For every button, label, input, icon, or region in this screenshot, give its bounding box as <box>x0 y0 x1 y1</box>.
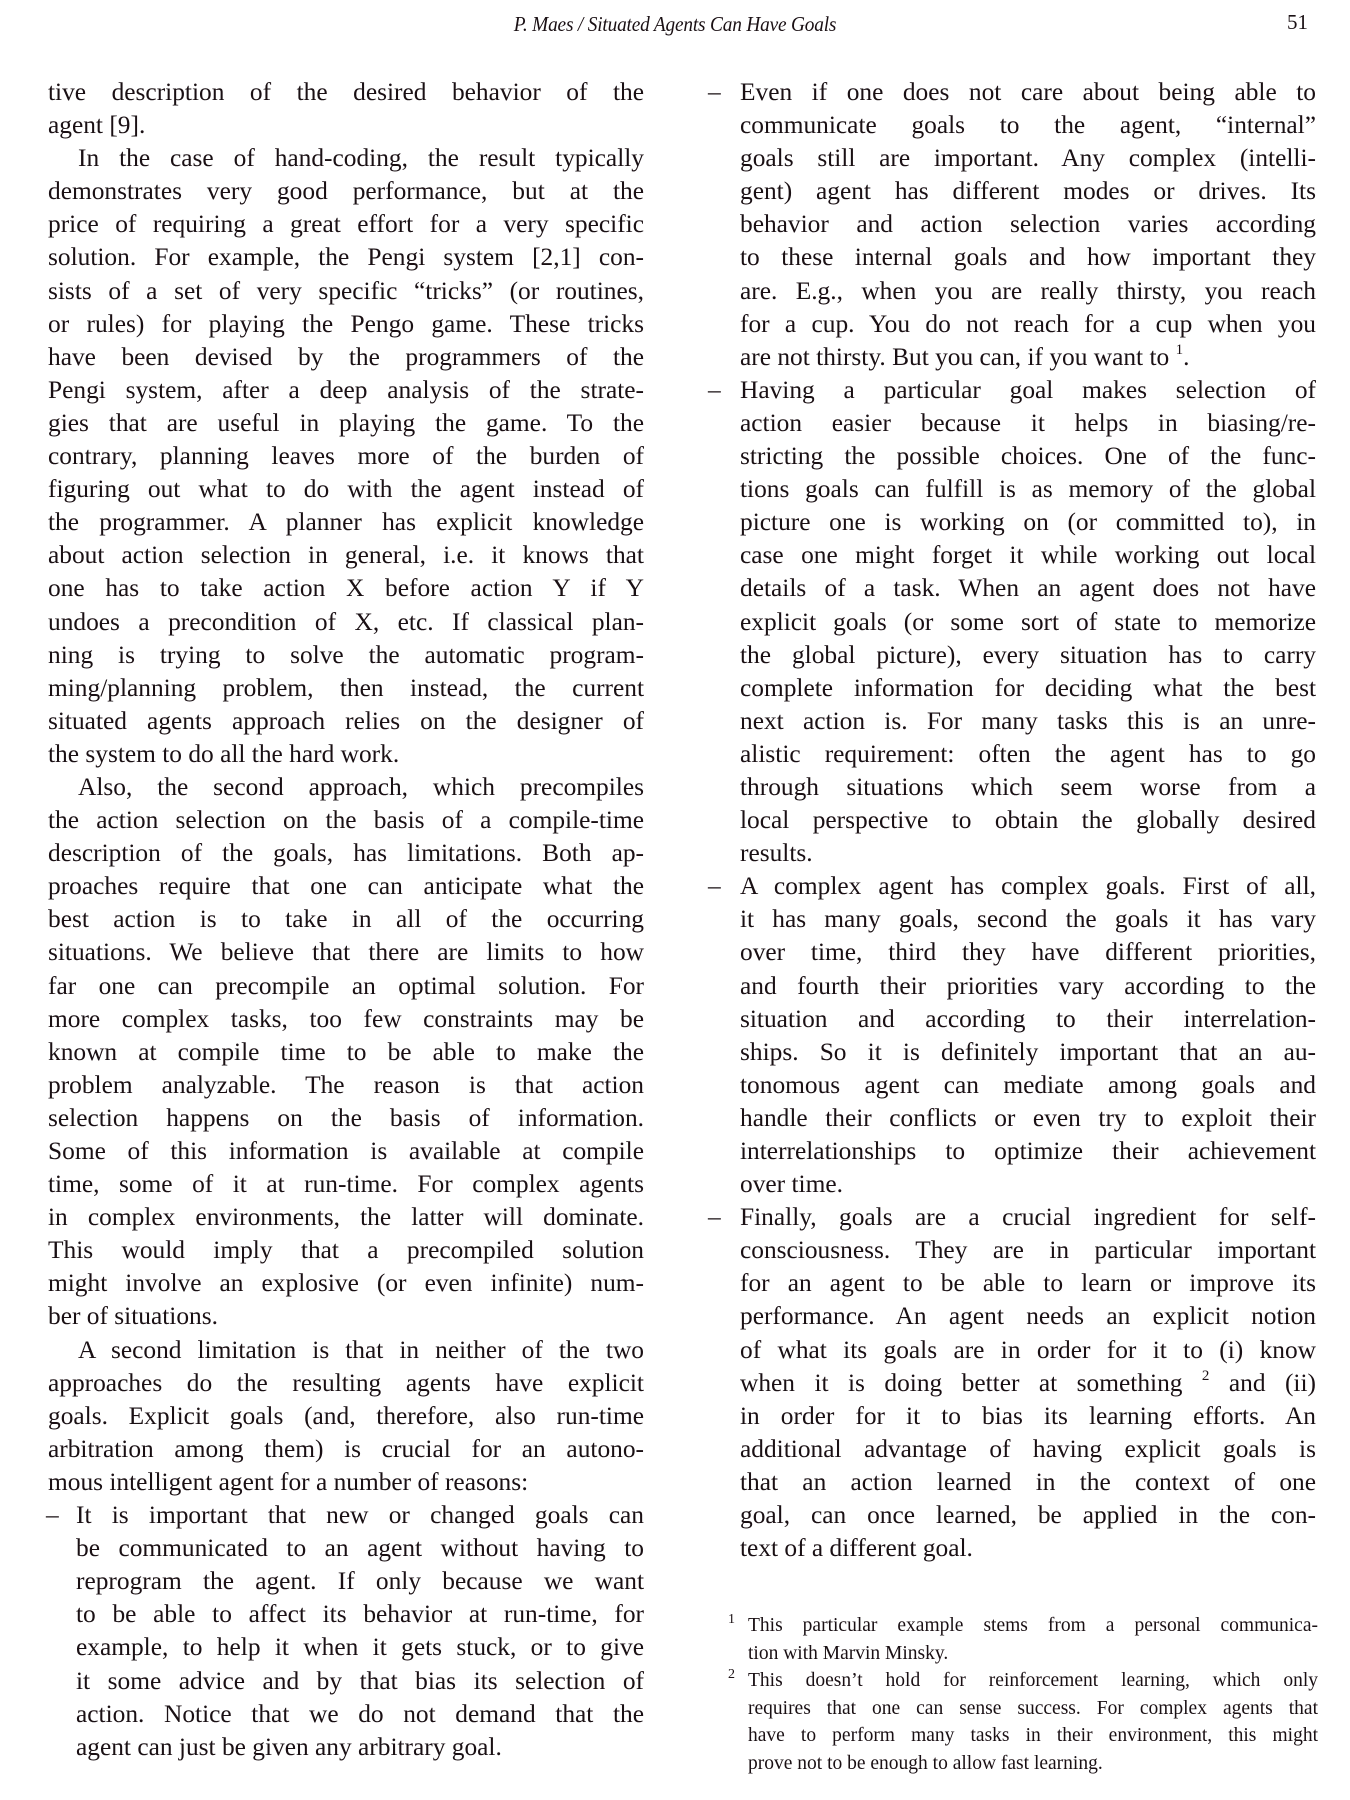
text-line: solution. For example, the Pengi system … <box>48 241 644 274</box>
text-line: problem analyzable. The reason is that a… <box>48 1069 644 1102</box>
text-line: and fourth their priorities vary accordi… <box>740 970 1316 1003</box>
text-line: about action selection in general, i.e. … <box>48 539 644 572</box>
text-line: through situations which seem worse from… <box>740 771 1316 804</box>
text-line: In the case of hand-coding, the result t… <box>48 142 644 175</box>
text-line: agent [9]. <box>48 109 644 142</box>
text-line: the action selection on the basis of a c… <box>48 804 644 837</box>
text-fragment: when it is doing better at something <box>740 1369 1202 1397</box>
list-item: –It is important that new or changed goa… <box>48 1499 644 1764</box>
paragraph: In the case of hand-coding, the result t… <box>48 142 644 771</box>
text-line: additional advantage of having explicit … <box>740 1433 1316 1466</box>
text-line: next action is. For many tasks this is a… <box>740 705 1316 738</box>
text-line: demonstrates very good performance, but … <box>48 175 644 208</box>
text-line: A complex agent has complex goals. First… <box>740 870 1316 903</box>
text-line: goals. Explicit goals (and, therefore, a… <box>48 1400 644 1433</box>
dash-bullet-icon: – <box>46 1499 59 1532</box>
text-line: consciousness. They are in particular im… <box>740 1234 1316 1267</box>
text-line: alistic requirement: often the agent has… <box>740 738 1316 771</box>
text-line: requires that one can sense success. For… <box>748 1695 1318 1723</box>
text-line: time, some of it at run-time. For comple… <box>48 1168 644 1201</box>
text-line: be communicated to an agent without havi… <box>76 1532 644 1565</box>
text-line: A second limitation is that in neither o… <box>48 1334 644 1367</box>
text-line: agent can just be given any arbitrary go… <box>76 1731 644 1764</box>
text-line: price of requiring a great effort for a … <box>48 208 644 241</box>
running-title: P. Maes / Situated Agents Can Have Goals <box>54 12 1296 37</box>
text-line: in order for it to bias its learning eff… <box>740 1400 1316 1433</box>
list-item: –Having a particular goal makes selectio… <box>708 374 1316 870</box>
text-line: sists of a set of very specific “tricks”… <box>48 275 644 308</box>
text-line: ships. So it is definitely important tha… <box>740 1036 1316 1069</box>
list-item: –Finally, goals are a crucial ingredient… <box>708 1201 1316 1565</box>
text-line: selection happens on the basis of inform… <box>48 1102 644 1135</box>
text-line: known at compile time to be able to make… <box>48 1036 644 1069</box>
text-line: picture one is working on (or committed … <box>740 506 1316 539</box>
text-line: reprogram the agent. If only because we … <box>76 1565 644 1598</box>
text-line: are not thirsty. But you can, if you wan… <box>740 341 1316 374</box>
text-line: figuring out what to do with the agent i… <box>48 473 644 506</box>
text-line: handle their conflicts or even try to ex… <box>740 1102 1316 1135</box>
text-line: tion with Marvin Minsky. <box>748 1640 1318 1668</box>
text-line: undoes a precondition of X, etc. If clas… <box>48 606 644 639</box>
text-fragment: are not thirsty. But you can, if you wan… <box>740 343 1176 371</box>
text-line: This would imply that a precompiled solu… <box>48 1234 644 1267</box>
text-line: contrary, planning leaves more of the bu… <box>48 440 644 473</box>
text-line: text of a different goal. <box>740 1532 1316 1565</box>
dash-bullet-icon: – <box>708 870 721 903</box>
text-line: over time. <box>740 1168 1316 1201</box>
text-line: the global picture), every situation has… <box>740 639 1316 672</box>
text-line: action easier because it helps in biasin… <box>740 407 1316 440</box>
text-line: more complex tasks, too few constraints … <box>48 1003 644 1036</box>
text-line: It is important that new or changed goal… <box>76 1499 644 1532</box>
text-fragment: . <box>1183 343 1189 371</box>
text-line: far one can precompile an optimal soluti… <box>48 970 644 1003</box>
footnote-ref[interactable]: 1 <box>1176 342 1184 358</box>
text-line: gies that are useful in playing the game… <box>48 407 644 440</box>
text-line: example, to help it when it gets stuck, … <box>76 1631 644 1664</box>
text-line: Some of this information is available at… <box>48 1135 644 1168</box>
running-head: P. Maes / Situated Agents Can Have Goals… <box>0 8 1350 42</box>
paragraph: Also, the second approach, which precomp… <box>48 771 644 1334</box>
text-line: complete information for deciding what t… <box>740 672 1316 705</box>
text-fragment: and (ii) <box>1209 1369 1316 1397</box>
text-line: arbitration among them) is crucial for a… <box>48 1433 644 1466</box>
text-line: one has to take action X before action Y… <box>48 572 644 605</box>
text-line: Finally, goals are a crucial ingredient … <box>740 1201 1316 1234</box>
text-line: it has many goals, second the goals it h… <box>740 903 1316 936</box>
text-line: have to perform many tasks in their envi… <box>748 1722 1318 1750</box>
list-item: –Even if one does not care about being a… <box>708 76 1316 374</box>
text-line: results. <box>740 837 1316 870</box>
text-line: to be able to affect its behavior at run… <box>76 1598 644 1631</box>
page-number: 51 <box>1287 10 1308 35</box>
text-line: Pengi system, after a deep analysis of t… <box>48 374 644 407</box>
text-line: situated agents approach relies on the d… <box>48 705 644 738</box>
text-line: might involve an explosive (or even infi… <box>48 1267 644 1300</box>
text-line: when it is doing better at something 2 a… <box>740 1367 1316 1400</box>
text-line: local perspective to obtain the globally… <box>740 804 1316 837</box>
text-line: the programmer. A planner has explicit k… <box>48 506 644 539</box>
text-line: of what its goals are in order for it to… <box>740 1334 1316 1367</box>
text-line: best action is to take in all of the occ… <box>48 903 644 936</box>
text-line: the system to do all the hard work. <box>48 738 644 771</box>
footnote-mark: 1 <box>728 1606 735 1634</box>
text-line: action. Notice that we do not demand tha… <box>76 1698 644 1731</box>
text-line: goal, can once learned, be applied in th… <box>740 1499 1316 1532</box>
text-line: communicate goals to the agent, “interna… <box>740 109 1316 142</box>
footnote: 1This particular example stems from a pe… <box>728 1612 1318 1667</box>
text-line: details of a task. When an agent does no… <box>740 572 1316 605</box>
text-line: that an action learned in the context of… <box>740 1466 1316 1499</box>
text-line: in complex environments, the latter will… <box>48 1201 644 1234</box>
list-item: –A complex agent has complex goals. Firs… <box>708 870 1316 1201</box>
text-line: This doesn’t hold for reinforcement lear… <box>748 1667 1318 1695</box>
footnote-mark: 2 <box>728 1661 735 1689</box>
text-line: stricting the possible choices. One of t… <box>740 440 1316 473</box>
text-line: ning is trying to solve the automatic pr… <box>48 639 644 672</box>
text-line: it some advice and by that bias its sele… <box>76 1665 644 1698</box>
text-line: tive description of the desired behavior… <box>48 76 644 109</box>
text-line: proaches require that one can anticipate… <box>48 870 644 903</box>
text-line: for a cup. You do not reach for a cup wh… <box>740 308 1316 341</box>
text-line: case one might forget it while working o… <box>740 539 1316 572</box>
text-line: explicit goals (or some sort of state to… <box>740 606 1316 639</box>
text-line: mous intelligent agent for a number of r… <box>48 1466 644 1499</box>
text-line: gent) agent has different modes or drive… <box>740 175 1316 208</box>
text-line: interrelationships to optimize their ach… <box>740 1135 1316 1168</box>
dash-bullet-icon: – <box>708 1201 721 1234</box>
text-line: Even if one does not care about being ab… <box>740 76 1316 109</box>
text-line: are. E.g., when you are really thirsty, … <box>740 275 1316 308</box>
text-line: tions goals can fulfill is as memory of … <box>740 473 1316 506</box>
text-line: Having a particular goal makes selection… <box>740 374 1316 407</box>
text-line: ber of situations. <box>48 1300 644 1333</box>
text-line: behavior and action selection varies acc… <box>740 208 1316 241</box>
text-line: approaches do the resulting agents have … <box>48 1367 644 1400</box>
text-line: ming/planning problem, then instead, the… <box>48 672 644 705</box>
text-line: over time, third they have different pri… <box>740 936 1316 969</box>
text-line: Also, the second approach, which precomp… <box>48 771 644 804</box>
text-line: This particular example stems from a per… <box>748 1612 1318 1640</box>
text-line: prove not to be enough to allow fast lea… <box>748 1750 1318 1778</box>
left-column: tive description of the desired behavior… <box>48 76 644 1764</box>
footnotes: 1This particular example stems from a pe… <box>728 1612 1318 1777</box>
text-line: situation and according to their interre… <box>740 1003 1316 1036</box>
text-line: situations. We believe that there are li… <box>48 936 644 969</box>
footnote: 2This doesn’t hold for reinforcement lea… <box>728 1667 1318 1777</box>
paragraph: tive description of the desired behavior… <box>48 76 644 142</box>
text-line: goals still are important. Any complex (… <box>740 142 1316 175</box>
right-column: –Even if one does not care about being a… <box>708 76 1316 1565</box>
dash-bullet-icon: – <box>708 76 721 109</box>
dash-bullet-icon: – <box>708 374 721 407</box>
text-line: have been devised by the programmers of … <box>48 341 644 374</box>
text-line: to these internal goals and how importan… <box>740 241 1316 274</box>
text-line: performance. An agent needs an explicit … <box>740 1300 1316 1333</box>
text-line: tonomous agent can mediate among goals a… <box>740 1069 1316 1102</box>
text-line: for an agent to be able to learn or impr… <box>740 1267 1316 1300</box>
text-line: description of the goals, has limitation… <box>48 837 644 870</box>
text-line: or rules) for playing the Pengo game. Th… <box>48 308 644 341</box>
paragraph: A second limitation is that in neither o… <box>48 1334 644 1499</box>
